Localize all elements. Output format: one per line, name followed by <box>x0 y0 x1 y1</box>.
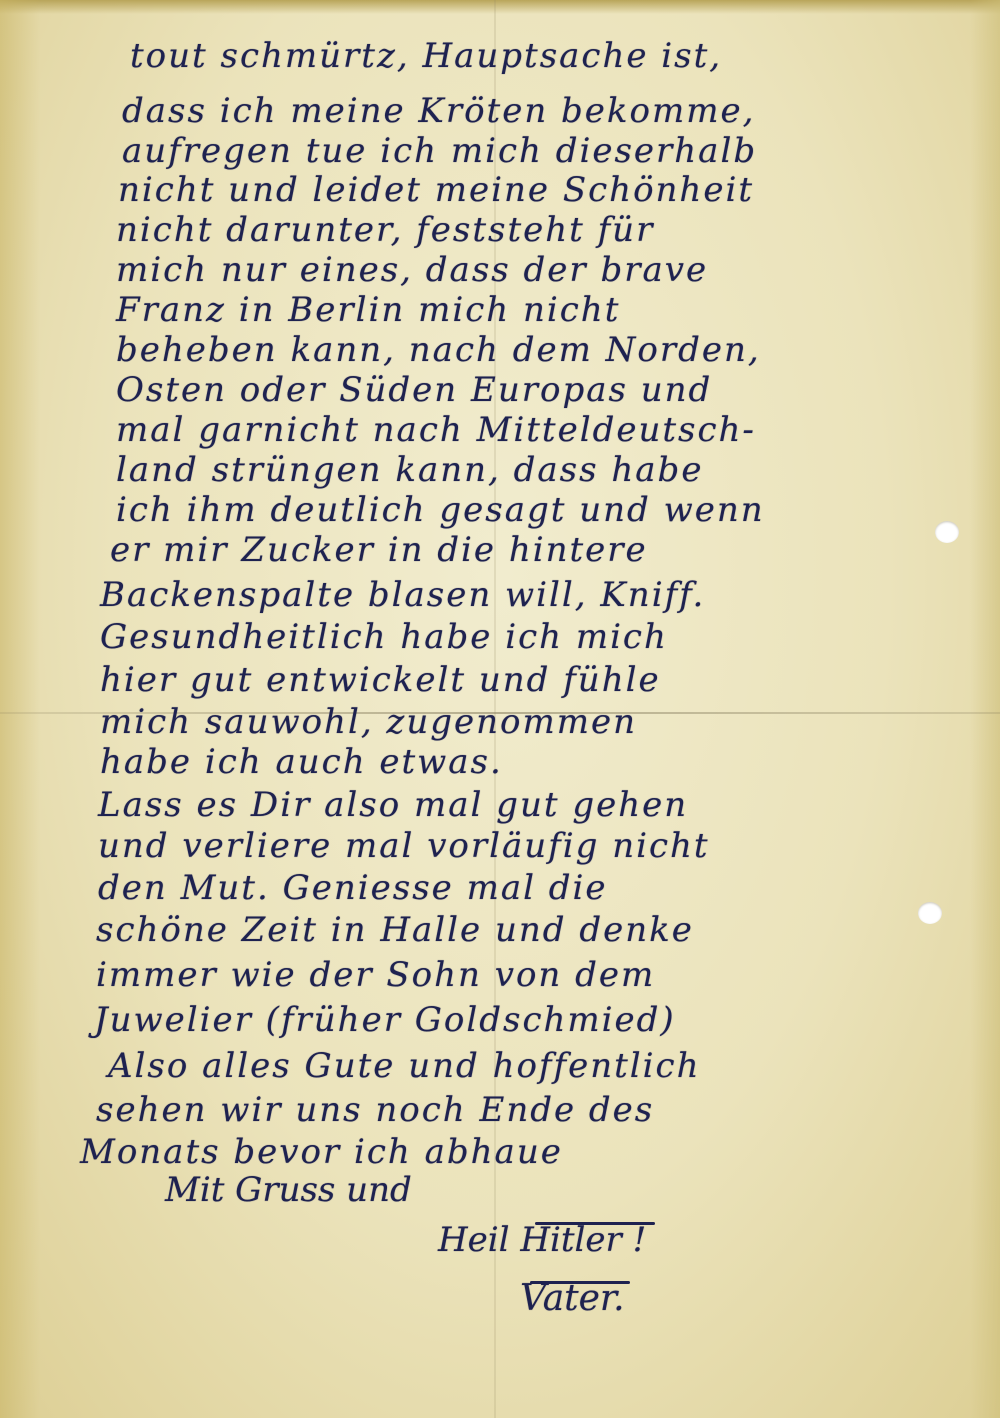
letter-line: Franz in Berlin mich nicht <box>116 290 620 330</box>
letter-line: nicht darunter, feststeht für <box>116 210 654 250</box>
letter-line: Lass es Dir also mal gut gehen <box>98 785 688 825</box>
letter-line: sehen wir uns noch Ende des <box>96 1090 654 1130</box>
letter-line: nicht und leidet meine Schönheit <box>118 170 754 210</box>
signature-greeting: Heil Hitler ! <box>438 1220 646 1260</box>
letter-line: ich ihm deutlich gesagt und wenn <box>116 490 765 530</box>
letter-line: immer wie der Sohn von dem <box>96 955 655 995</box>
letter-line: Gesundheitlich habe ich mich <box>100 617 668 657</box>
letter-line: Backenspalte blasen will, Kniff. <box>100 575 705 615</box>
letter-line: den Mut. Geniesse mal die <box>98 868 608 908</box>
letter-line: er mir Zucker in die hintere <box>110 530 648 570</box>
letter-line: mich sauwohl, zugenommen <box>100 702 637 742</box>
letter-line: schöne Zeit in Halle und denke <box>96 910 694 950</box>
letter-line: dass ich meine Kröten bekomme, <box>122 91 755 131</box>
letter-line: habe ich auch etwas. <box>100 742 503 782</box>
letter-line: und verliere mal vorläufig nicht <box>98 826 710 866</box>
letter-line: hier gut entwickelt und fühle <box>100 660 661 700</box>
letter-line: land strüngen kann, dass habe <box>116 450 703 490</box>
letter-line: beheben kann, nach dem Norden, <box>116 330 761 370</box>
letter-line: tout schmürtz, Hauptsache ist, <box>130 36 722 76</box>
letter-line: Also alles Gute und hoffentlich <box>108 1046 700 1086</box>
signature-role: Vater. <box>520 1278 625 1319</box>
letter-line: Monats bevor ich abhaue <box>80 1132 563 1172</box>
letter-line: mich nur eines, dass der brave <box>116 250 708 290</box>
letter-line: aufregen tue ich mich dieserhalb <box>122 131 757 171</box>
letter-line: Osten oder Süden Europas und <box>116 370 712 410</box>
letter-body: tout schmürtz, Hauptsache ist, dass ich … <box>0 0 1000 1418</box>
letter-page: tout schmürtz, Hauptsache ist, dass ich … <box>0 0 1000 1418</box>
letter-closing: Mit Gruss und <box>165 1170 412 1210</box>
letter-line: mal garnicht nach Mitteldeutsch- <box>116 410 756 450</box>
letter-line: Juwelier (früher Goldschmied) <box>94 1000 676 1040</box>
